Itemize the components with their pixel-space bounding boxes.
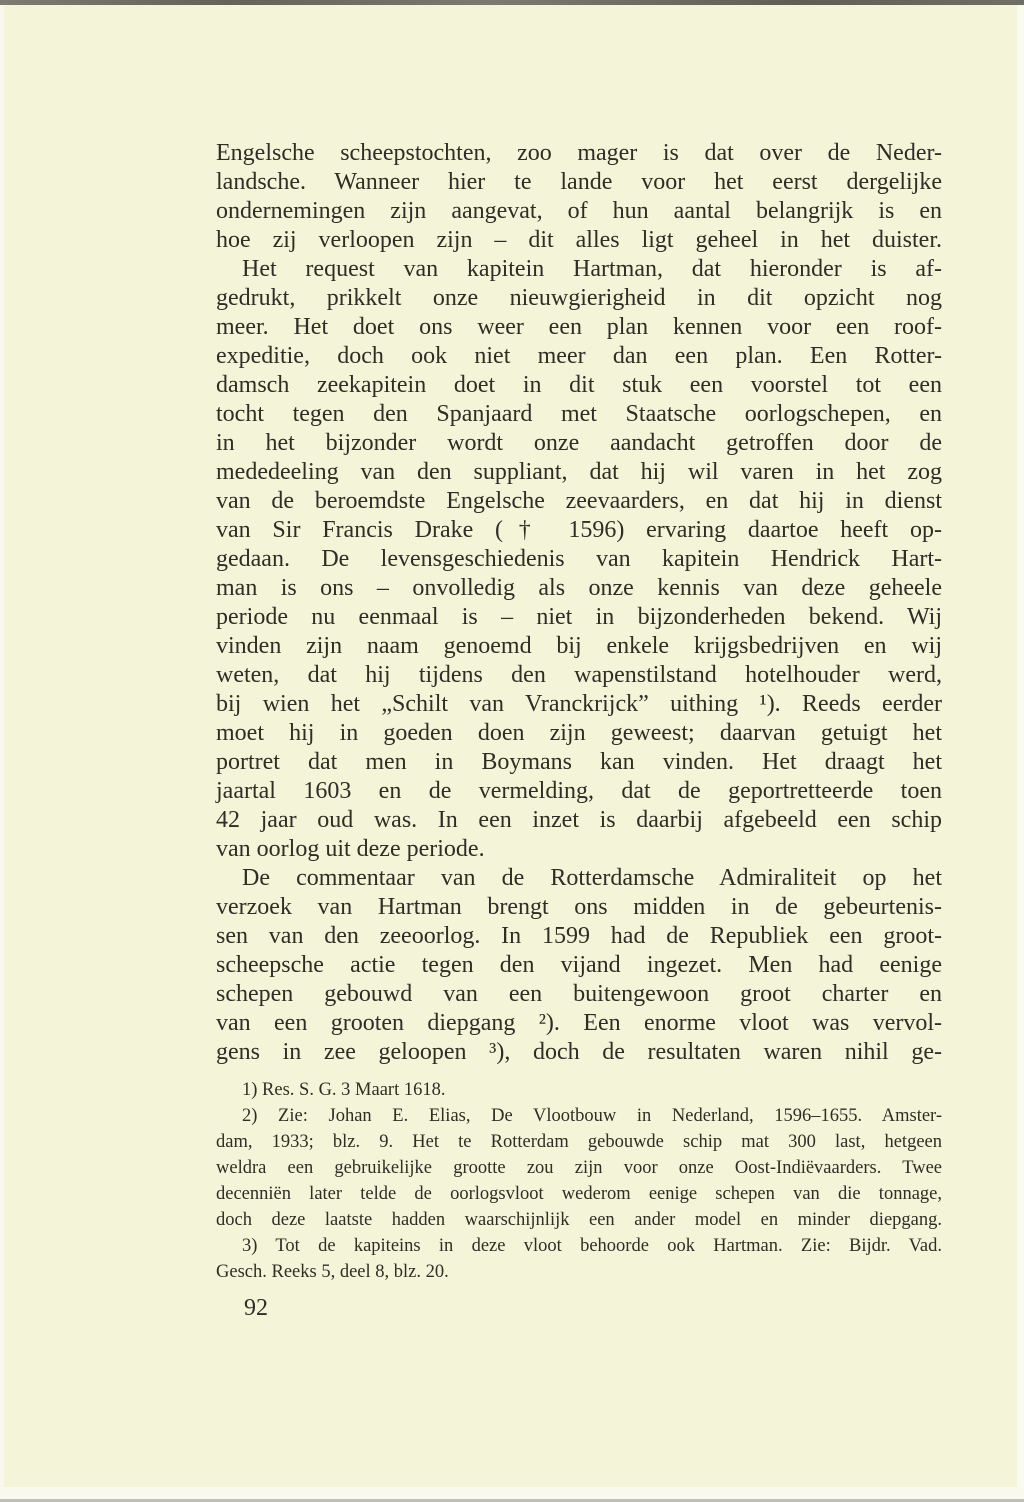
text-line: schepen gebouwd van een buitengewoon gro… <box>216 980 942 1009</box>
text-line: jaartal 1603 en de vermelding, dat de ge… <box>216 777 942 806</box>
footnote: 3) Tot de kapiteins in deze vloot behoor… <box>216 1233 942 1285</box>
text-line: expeditie, doch ook niet meer dan een pl… <box>216 342 942 371</box>
text-line: moet hij in goeden doen zijn geweest; da… <box>216 719 942 748</box>
paragraph: Engelsche scheepstochten, zoo mager is d… <box>216 139 942 255</box>
text-line: man is ons – onvolledig als onze kennis … <box>216 574 942 603</box>
text-line: scheepsche actie tegen den vijand ingeze… <box>216 951 942 980</box>
text-line: Het request van kapitein Hartman, dat hi… <box>216 255 942 284</box>
text-line: ondernemingen zijn aangevat, of hun aant… <box>216 197 942 226</box>
text-line: in het bijzonder wordt onze aandacht get… <box>216 429 942 458</box>
body-text: Engelsche scheepstochten, zoo mager is d… <box>216 139 942 1067</box>
text-line: damsch zeekapitein doet in dit stuk een … <box>216 371 942 400</box>
text-line: 2) Zie: Johan E. Elias, De Vlootbouw in … <box>216 1103 942 1129</box>
text-line: Engelsche scheepstochten, zoo mager is d… <box>216 139 942 168</box>
text-line: weten, dat hij tijdens den wapenstilstan… <box>216 661 942 690</box>
text-line: De commentaar van de Rotterdamsche Admir… <box>216 864 942 893</box>
text-line: gens in zee geloopen ³), doch de resulta… <box>216 1038 942 1067</box>
text-line: portret dat men in Boymans kan vinden. H… <box>216 748 942 777</box>
text-line: vinden zijn naam genoemd bij enkele krij… <box>216 632 942 661</box>
text-line: 3) Tot de kapiteins in deze vloot behoor… <box>216 1233 942 1259</box>
text-line: periode nu eenmaal is – niet in bijzonde… <box>216 603 942 632</box>
text-line: bij wien het „Schilt van Vranckrijck” ui… <box>216 690 942 719</box>
scan-bottom-edge <box>0 1487 1024 1502</box>
scan-left-edge <box>0 4 4 1502</box>
paragraph: Het request van kapitein Hartman, dat hi… <box>216 255 942 864</box>
text-line: van Sir Francis Drake († 1596) ervaring … <box>216 516 942 545</box>
text-line: hoe zij verloopen zijn – dit alles ligt … <box>216 226 942 255</box>
text-line: 1) Res. S. G. 3 Maart 1618. <box>216 1077 942 1103</box>
paragraph: De commentaar van de Rotterdamsche Admir… <box>216 864 942 1067</box>
text-line: van een grooten diepgang ²). Een enorme … <box>216 1009 942 1038</box>
text-line: mededeeling van den suppliant, dat hij w… <box>216 458 942 487</box>
text-line: verzoek van Hartman brengt ons midden in… <box>216 893 942 922</box>
text-line: 42 jaar oud was. In een inzet is daarbij… <box>216 806 942 835</box>
text-line: decenniën later telde de oorlogsvloot we… <box>216 1181 942 1207</box>
text-line: van de beroemdste Engelsche zeevaarders,… <box>216 487 942 516</box>
footnote: 2) Zie: Johan E. Elias, De Vlootbouw in … <box>216 1103 942 1233</box>
text-line: van oorlog uit deze periode. <box>216 835 942 864</box>
footnotes: 1) Res. S. G. 3 Maart 1618.2) Zie: Johan… <box>216 1077 942 1285</box>
page-number: 92 <box>216 1294 942 1323</box>
text-line: landsche. Wanneer hier te lande voor het… <box>216 168 942 197</box>
scan-right-edge <box>1017 4 1024 1502</box>
text-block: Engelsche scheepstochten, zoo mager is d… <box>216 139 942 1323</box>
scan-top-edge <box>0 0 1024 5</box>
text-line: tocht tegen den Spanjaard met Staatsche … <box>216 400 942 429</box>
text-line: gedaan. De levensgeschiedenis van kapite… <box>216 545 942 574</box>
text-line: weldra een gebruikelijke grootte zou zij… <box>216 1155 942 1181</box>
text-line: dam, 1933; blz. 9. Het te Rotterdam gebo… <box>216 1129 942 1155</box>
text-line: sen van den zeeoorlog. In 1599 had de Re… <box>216 922 942 951</box>
text-line: meer. Het doet ons weer een plan kennen … <box>216 313 942 342</box>
scanned-page: Engelsche scheepstochten, zoo mager is d… <box>0 0 1024 1502</box>
text-line: doch deze laatste hadden waarschijnlijk … <box>216 1207 942 1233</box>
text-line: Gesch. Reeks 5, deel 8, blz. 20. <box>216 1259 942 1285</box>
footnote: 1) Res. S. G. 3 Maart 1618. <box>216 1077 942 1103</box>
text-line: gedrukt, prikkelt onze nieuwgierigheid i… <box>216 284 942 313</box>
